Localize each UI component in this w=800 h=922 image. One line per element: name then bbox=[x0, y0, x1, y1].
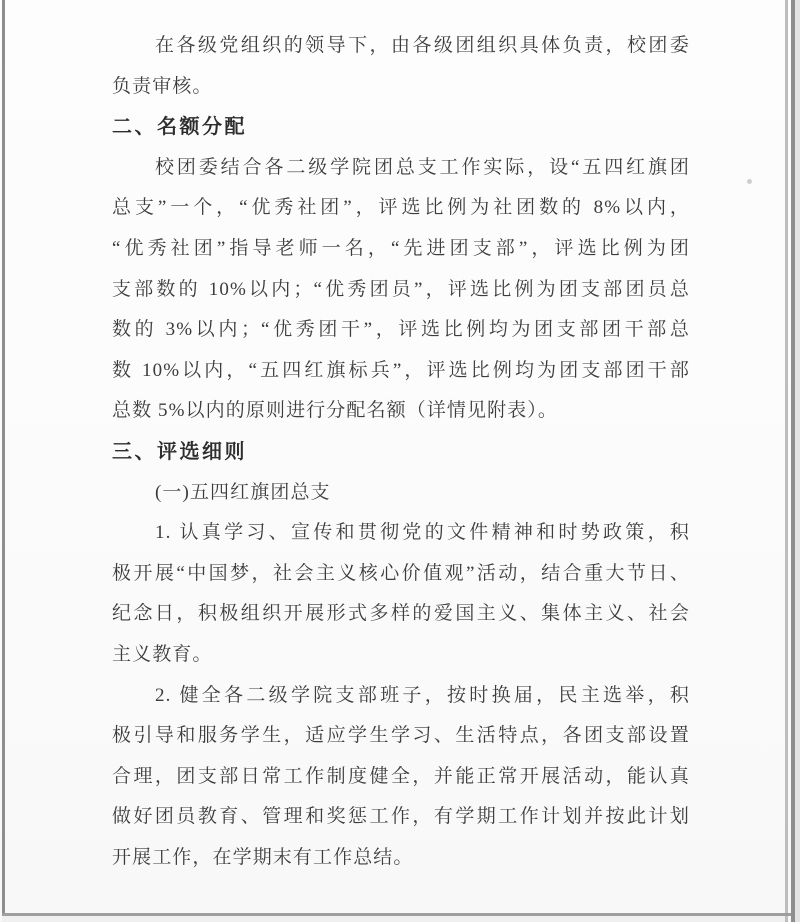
document-text: 在各级党组织的领导下，由各级团组织具体负责，校团委负责审核。二、名额分配校团委结… bbox=[112, 26, 690, 878]
text-line: 在各级党组织的领导下，由各级团组织具体负责，校团委 bbox=[112, 26, 690, 67]
text-line: 极引导和服务学生，适应学生学习、生活特点，各团支部设置 bbox=[112, 716, 690, 757]
text-line: 数的 3%以内；“优秀团干”，评选比例均为团支部团干部总 bbox=[112, 310, 690, 351]
text-line: 总数 5%以内的原则进行分配名额（详情见附表）。 bbox=[112, 391, 690, 432]
text-line: 校团委结合各二级学院团总支工作实际，设“五四红旗团 bbox=[112, 148, 690, 189]
text-line: “优秀社团”指导老师一名，“先进团支部”，评选比例为团 bbox=[112, 229, 690, 270]
page-right-margin bbox=[795, 0, 800, 922]
text-line: 极开展“中国梦，社会主义核心价值观”活动，结合重大节日、 bbox=[112, 554, 690, 595]
section-heading: 二、名额分配 bbox=[112, 107, 690, 148]
page-bottom-margin bbox=[2, 916, 785, 922]
text-line: 数 10%以内，“五四红旗标兵”，评选比例均为团支部团干部 bbox=[112, 351, 690, 392]
text-line: 负责审核。 bbox=[112, 67, 690, 108]
page-edge-line-right-outer bbox=[791, 0, 795, 922]
text-line: (一)五四红旗团总支 bbox=[112, 473, 690, 514]
text-line: 合理，团支部日常工作制度健全，并能正常开展活动，能认真 bbox=[112, 757, 690, 798]
text-line: 主义教育。 bbox=[112, 635, 690, 676]
text-line: 总支”一个，“优秀社团”，评选比例为社团数的 8%以内， bbox=[112, 188, 690, 229]
text-line: 1. 认真学习、宣传和贯彻党的文件精神和时势政策，积 bbox=[112, 513, 690, 554]
page-edge-line-left bbox=[2, 0, 5, 914]
text-line: 做好团员教育、管理和奖惩工作，有学期工作计划并按此计划 bbox=[112, 797, 690, 838]
page-edge-line-right-inner bbox=[785, 0, 788, 922]
scan-speck bbox=[747, 179, 752, 184]
page-bottom-line bbox=[2, 913, 791, 916]
section-heading: 三、评选细则 bbox=[112, 432, 690, 473]
text-line: 纪念日，积极组织开展形式多样的爱国主义、集体主义、社会 bbox=[112, 594, 690, 635]
text-line: 开展工作，在学期末有工作总结。 bbox=[112, 838, 690, 879]
text-line: 支部数的 10%以内；“优秀团员”，评选比例为团支部团员总 bbox=[112, 270, 690, 311]
text-line: 2. 健全各二级学院支部班子，按时换届，民主选举，积 bbox=[112, 676, 690, 717]
scanned-document-page: 在各级党组织的领导下，由各级团组织具体负责，校团委负责审核。二、名额分配校团委结… bbox=[0, 0, 800, 922]
